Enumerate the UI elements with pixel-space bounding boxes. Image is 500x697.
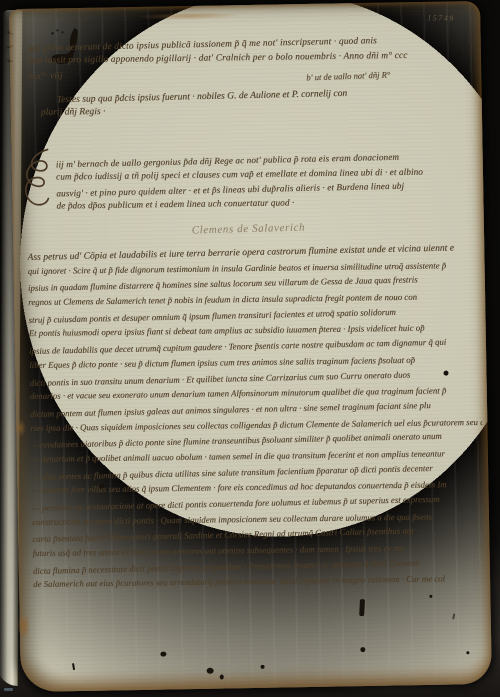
witness-note: Testes sup qua p̃dcis ipsius fuerunt · n… xyxy=(41,85,461,121)
registration-note: iij m' bernach de uallo gergonius p̃da d… xyxy=(56,149,481,214)
ink-spot xyxy=(261,665,265,669)
notarial-flourish xyxy=(17,146,56,213)
ink-spot xyxy=(429,595,432,598)
ink-spot xyxy=(360,647,365,652)
manuscript-photo: 15749 qui grãm uenerunt de dicto ipsius … xyxy=(0,0,500,697)
archive-mark xyxy=(4,688,13,691)
main-entry: Ass petrus ud' Cõpia et laudabilis et iu… xyxy=(27,241,485,594)
ink-stroke xyxy=(359,599,365,616)
ink-spot xyxy=(160,652,166,657)
ink-spot xyxy=(466,651,469,654)
edge-stain xyxy=(129,11,249,21)
ink-spot xyxy=(207,668,214,674)
ink-spot xyxy=(456,51,461,56)
ink-spot xyxy=(99,484,104,489)
ink-spot xyxy=(452,613,455,619)
entry-heading: Clemens de Salaverich xyxy=(13,217,484,241)
book-page: 15749 qui grãm uenerunt de dicto ipsius … xyxy=(9,1,492,692)
ink-spot xyxy=(443,371,448,376)
ink-spot xyxy=(72,663,75,670)
folio-number: 15749 xyxy=(427,13,455,22)
ink-spot xyxy=(220,675,224,680)
